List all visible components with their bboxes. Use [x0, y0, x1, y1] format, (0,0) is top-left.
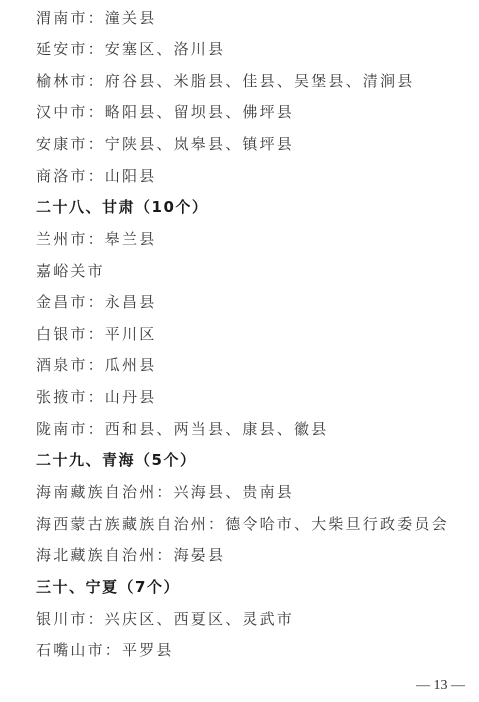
- list-item: 嘉峪关市: [36, 261, 105, 281]
- list-item: 汉中市：略阳县、留坝县、佛坪县: [36, 102, 294, 122]
- list-item: 榆林市：府谷县、米脂县、佳县、吴堡县、清涧县: [36, 71, 414, 91]
- section-heading-qinghai: 二十九、青海（5个）: [36, 450, 196, 470]
- list-item: 商洛市：山阳县: [36, 166, 156, 186]
- list-item: 延安市：安塞区、洛川县: [36, 39, 225, 59]
- list-item: 银川市：兴庆区、西夏区、灵武市: [36, 609, 294, 629]
- list-item: 张掖市：山丹县: [36, 387, 156, 407]
- list-item: 金昌市：永昌县: [36, 292, 156, 312]
- list-item: 海西蒙古族藏族自治州：德令哈市、大柴旦行政委员会: [36, 514, 449, 534]
- list-item: 安康市：宁陕县、岚皋县、镇坪县: [36, 134, 294, 154]
- section-heading-ningxia: 三十、宁夏（7个）: [36, 577, 180, 597]
- section-heading-gansu: 二十八、甘肃（10个）: [36, 197, 208, 217]
- page-number: — 13 —: [416, 678, 465, 694]
- list-item: 渭南市：潼关县: [36, 8, 156, 28]
- list-item: 酒泉市：瓜州县: [36, 355, 156, 375]
- list-item: 海北藏族自治州：海晏县: [36, 545, 225, 565]
- list-item: 陇南市：西和县、两当县、康县、徽县: [36, 419, 328, 439]
- document-page: 渭南市：潼关县 延安市：安塞区、洛川县 榆林市：府谷县、米脂县、佳县、吴堡县、清…: [0, 0, 479, 702]
- list-item: 白银市：平川区: [36, 324, 156, 344]
- list-item: 石嘴山市：平罗县: [36, 640, 174, 660]
- list-item: 兰州市：皋兰县: [36, 229, 156, 249]
- list-item: 海南藏族自治州：兴海县、贵南县: [36, 482, 294, 502]
